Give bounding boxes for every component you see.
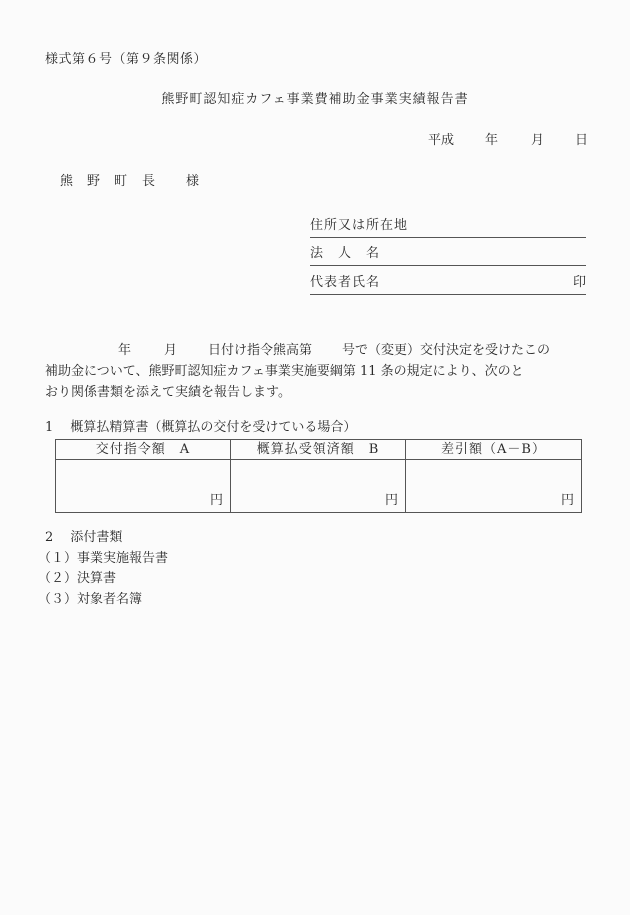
date-era: 平成 (428, 134, 454, 147)
paragraph-line-2: 補助金について、熊野町認知症カフェ事業実施要綱第 11 条の規定により、次のと (45, 361, 590, 382)
representative-name-field[interactable]: 代表者氏名 印 (310, 274, 586, 295)
para-text-b: 号で（変更）交付決定を受けたこの (342, 340, 550, 361)
addressee-char: 長 (142, 175, 155, 188)
corporation-name-label: 法 人 名 (310, 247, 380, 260)
addressee-char: 熊 (60, 175, 73, 188)
header-received-amount: 概算払受領済額 B (231, 440, 406, 460)
yen-unit: 円 (385, 493, 398, 508)
settlement-table: 交付指令額 A 概算払受領済額 B 差引額（A－B） 円 円 円 (55, 439, 582, 513)
attachment-item: （１）事業実施報告書 (38, 552, 168, 565)
address-field[interactable]: 住所又は所在地 (310, 217, 586, 238)
header-difference: 差引額（A－B） (406, 440, 582, 460)
table-header-row: 交付指令額 A 概算払受領済額 B 差引額（A－B） (56, 440, 582, 460)
header-grant-amount: 交付指令額 A (56, 440, 231, 460)
paragraph-line-1: 年 月 日付け指令熊高第 号で（変更）交付決定を受けたこの (45, 340, 590, 361)
yen-unit: 円 (561, 493, 574, 508)
addressee-honorific: 様 (186, 175, 199, 188)
representative-name-label: 代表者氏名 (310, 276, 380, 289)
address-label: 住所又は所在地 (310, 219, 408, 232)
date-year-label: 年 (485, 134, 498, 147)
para-month-label: 月 (164, 340, 177, 361)
difference-cell[interactable]: 円 (406, 460, 582, 513)
date-month-label: 月 (531, 134, 544, 147)
addressee-char: 町 (114, 175, 127, 188)
paragraph-line-3: おり関係書類を添えて実績を報告します。 (45, 382, 590, 403)
document-title: 熊野町認知症カフェ事業費補助金事業実績報告書 (0, 93, 630, 106)
addressee-char: 野 (87, 175, 100, 188)
seal-mark: 印 (573, 276, 586, 289)
corporation-name-field[interactable]: 法 人 名 (310, 245, 586, 266)
para-year-label: 年 (118, 340, 131, 361)
section-2-heading: 2 添付書類 (45, 531, 122, 544)
attachment-item: （３）対象者名簿 (38, 593, 142, 606)
attachment-item: （２）決算書 (38, 572, 116, 585)
received-amount-cell[interactable]: 円 (231, 460, 406, 513)
form-number: 様式第６号（第９条関係） (45, 53, 207, 66)
date-day-label: 日 (575, 134, 588, 147)
yen-unit: 円 (210, 493, 223, 508)
section-1-heading: 1 概算払精算書（概算払の交付を受けている場合） (45, 421, 356, 434)
grant-amount-cell[interactable]: 円 (56, 460, 231, 513)
table-row: 円 円 円 (56, 460, 582, 513)
para-text-a: 日付け指令熊高第 (208, 340, 312, 361)
body-paragraph: 年 月 日付け指令熊高第 号で（変更）交付決定を受けたこの 補助金について、熊野… (45, 340, 590, 403)
